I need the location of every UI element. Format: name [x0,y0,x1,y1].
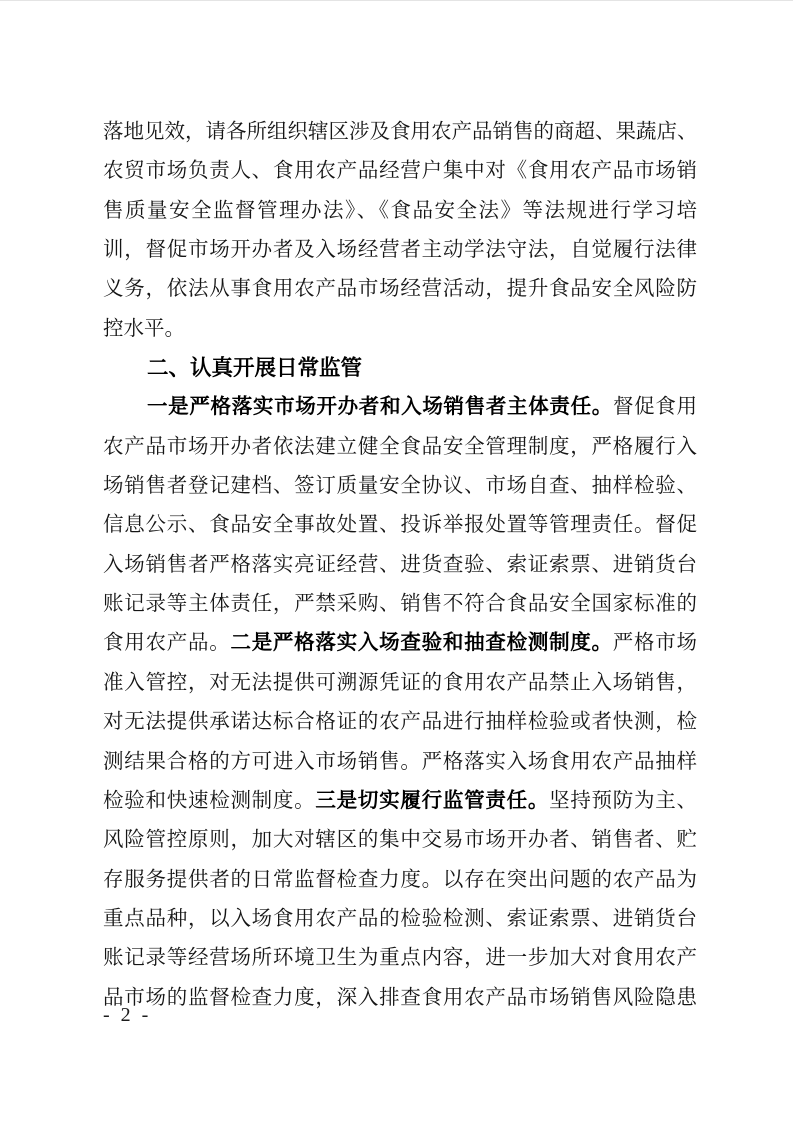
text-segment: 存服务提供者的日常监督检查力度。以存在突出问题的农产品为 [103,869,697,891]
text-segment: 农产品市场开办者依法建立健全食品安全管理制度，严格履行入 [103,436,697,458]
text-segment: 义务，依法从事食用农产品市场经营活动，提升食品安全风险防 [103,278,697,300]
text-line: 入场销售者严格落实亮证经营、进货查验、索证索票、进销货台 [103,546,697,585]
text-segment: 入场销售者严格落实亮证经营、进货查验、索证索票、进销货台 [103,554,697,576]
document-page: 落地见效，请各所组织辖区涉及食用农产品销售的商超、果蔬店、农贸市场负责人、食用农… [0,0,793,1122]
text-line: 风险管控原则，加大对辖区的集中交易市场开办者、销售者、贮 [103,821,697,860]
text-line: 账记录等主体责任，严禁采购、销售不符合食品安全国家标准的 [103,585,697,624]
text-line: 对无法提供承诺达标合格证的农产品进行抽样检验或者快测，检 [103,703,697,742]
page-number: - 2 - [103,1004,151,1027]
text-segment: 严格市场 [613,632,697,654]
text-segment: 账记录等主体责任，严禁采购、销售不符合食品安全国家标准的 [103,593,697,615]
text-segment: 品市场的监督检查力度，深入排查食用农产品市场销售风险隐患 [103,987,697,1009]
text-segment: 训，督促市场开办者及入场经营者主动学法守法，自觉履行法律 [103,239,697,261]
text-line: 测结果合格的方可进入市场销售。严格落实入场食用农产品抽样 [103,743,697,782]
text-segment: 测结果合格的方可进入市场销售。严格落实入场食用农产品抽样 [103,751,697,773]
document-body: 落地见效，请各所组织辖区涉及食用农产品销售的商超、果蔬店、农贸市场负责人、食用农… [103,113,697,1018]
text-line: 控水平。 [103,310,697,349]
text-segment: 重点品种，以入场食用农产品的检验检测、索证索票、进销货台 [103,908,697,930]
text-segment: 坚持预防为主、 [549,790,697,812]
text-line: 准入管控，对无法提供可溯源凭证的食用农产品禁止入场销售， [103,664,697,703]
section-heading: 二、认真开展日常监管 [103,349,697,388]
text-line: 品市场的监督检查力度，深入排查食用农产品市场销售风险隐患 [103,979,697,1018]
text-segment: 风险管控原则，加大对辖区的集中交易市场开办者、销售者、贮 [103,829,697,851]
text-line: 存服务提供者的日常监督检查力度。以存在突出问题的农产品为 [103,861,697,900]
text-segment: 督促食用 [613,396,697,418]
text-segment: 控水平。 [103,318,185,340]
text-line: 食用农产品。二是严格落实入场查验和抽查检测制度。严格市场 [103,624,697,663]
emphasis-text: 二、认真开展日常监管 [147,356,362,380]
emphasis-text: 三是切实履行监管责任。 [315,790,549,812]
text-line: 场销售者登记建档、签订质量安全协议、市场自查、抽样检验、 [103,467,697,506]
text-segment: 信息公示、食品安全事故处置、投诉举报处置等管理责任。督促 [103,514,697,536]
text-line: 落地见效，请各所组织辖区涉及食用农产品销售的商超、果蔬店、 [103,113,697,152]
emphasis-text: 二是严格落实入场查验和抽查检测制度。 [230,632,612,654]
text-segment: 检验和快速检测制度。 [103,790,315,812]
text-line: 检验和快速检测制度。三是切实履行监管责任。坚持预防为主、 [103,782,697,821]
text-line: 义务，依法从事食用农产品市场经营活动，提升食品安全风险防 [103,270,697,309]
text-line: 一是严格落实市场开办者和入场销售者主体责任。督促食用 [103,388,697,427]
text-segment: 农贸市场负责人、食用农产品经营户集中对《食用农产品市场销 [103,160,697,182]
text-line: 农产品市场开办者依法建立健全食品安全管理制度，严格履行入 [103,428,697,467]
text-segment: 场销售者登记建档、签订质量安全协议、市场自查、抽样检验、 [103,475,697,497]
text-line: 信息公示、食品安全事故处置、投诉举报处置等管理责任。督促 [103,506,697,545]
text-segment: 售质量安全监督管理办法》、《食品安全法》等法规进行学习培 [103,200,697,222]
text-line: 农贸市场负责人、食用农产品经营户集中对《食用农产品市场销 [103,152,697,191]
text-line: 售质量安全监督管理办法》、《食品安全法》等法规进行学习培 [103,192,697,231]
text-line: 账记录等经营场所环境卫生为重点内容，进一步加大对食用农产 [103,939,697,978]
text-segment: 落地见效，请各所组织辖区涉及食用农产品销售的商超、果蔬店、 [103,121,697,143]
emphasis-text: 一是严格落实市场开办者和入场销售者主体责任。 [147,396,613,418]
text-segment: 食用农产品。 [103,632,230,654]
text-segment: 对无法提供承诺达标合格证的农产品进行抽样检验或者快测，检 [103,711,697,733]
text-segment: 准入管控，对无法提供可溯源凭证的食用农产品禁止入场销售， [103,672,697,694]
text-line: 重点品种，以入场食用农产品的检验检测、索证索票、进销货台 [103,900,697,939]
text-line: 训，督促市场开办者及入场经营者主动学法守法，自觉履行法律 [103,231,697,270]
text-segment: 账记录等经营场所环境卫生为重点内容，进一步加大对食用农产 [103,947,697,969]
